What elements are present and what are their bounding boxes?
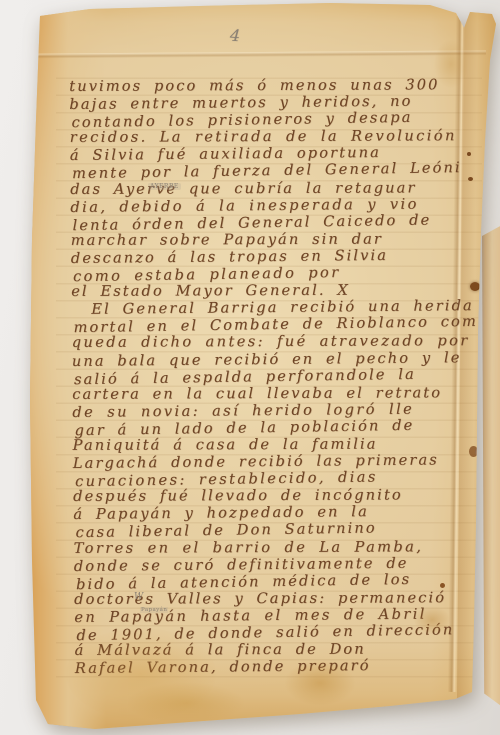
punch-hole: [475, 446, 488, 458]
manuscript-line: tuvimos poco más ó menos unas 300: [69, 76, 477, 95]
manuscript-line: Rafael Varona, donde preparó: [75, 656, 483, 677]
manuscript-text: tuvimos poco más ó menos unas 300bajas e…: [69, 75, 483, 677]
manuscript-line: queda dicho antes: fué atravezado por: [72, 333, 480, 352]
manuscript-line: Paniquitá á casa de la familia: [73, 435, 481, 454]
pencil-annotation-papayan: Papayán: [140, 607, 168, 613]
worm-hole: [468, 177, 473, 181]
pencil-annotation-ayerbe: AYERBE: [148, 183, 181, 190]
manuscript-line: después fué llevado de incógnito: [73, 486, 481, 505]
manuscript-line: recidos. La retirada de la Revolución: [70, 127, 478, 146]
stain: [126, 682, 246, 724]
horizontal-fold-crease: [34, 50, 486, 58]
manuscript-page: 4 tuvimos poco más ó menos unas 300bajas…: [26, 0, 500, 734]
manuscript-line: marchar sobre Papayán sin dar: [71, 230, 479, 249]
manuscript-line: das Ayerve que cubría la retaguar: [70, 179, 478, 198]
pencil-annotation-w: W: [134, 592, 143, 602]
document-scan: 4 tuvimos poco más ó menos unas 300bajas…: [0, 0, 500, 735]
manuscript-line: el Estado Mayor General. X: [71, 281, 479, 300]
ink-speck: [440, 583, 445, 588]
filled-binding-hole: [470, 282, 480, 291]
worm-hole: [467, 152, 471, 156]
scan-background: { "page": { "number": "4" }, "manuscript…: [0, 0, 500, 735]
manuscript-line: cartera en la cual llevaba el retrato: [72, 384, 480, 403]
page-number: 4: [229, 26, 240, 46]
manuscript-line: á Málvazá á la finca de Don: [75, 640, 483, 659]
manuscript-line: Torres en el barrio de La Pamba,: [74, 538, 482, 557]
